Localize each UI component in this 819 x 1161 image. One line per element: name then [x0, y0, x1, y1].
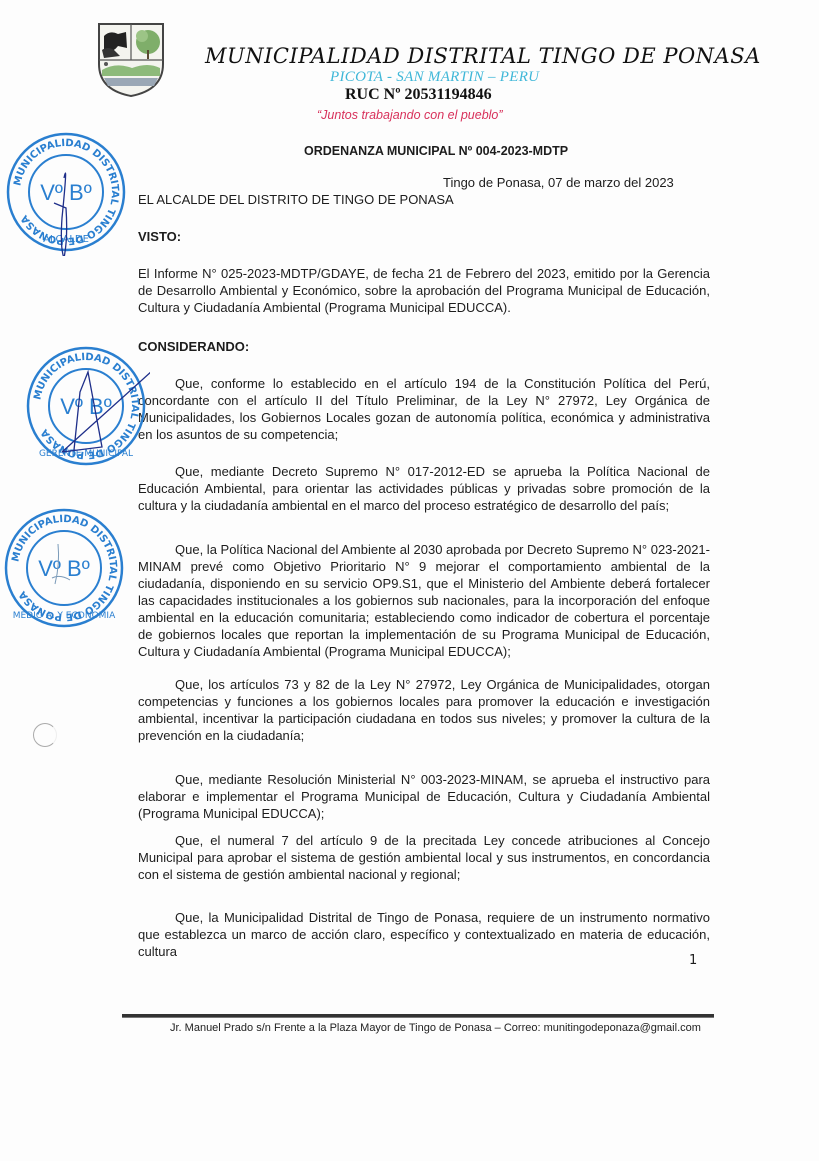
considerando-paragraph: Que, el numeral 7 del artículo 9 de la p…: [138, 832, 710, 883]
svg-text:Vº Bº: Vº Bº: [60, 394, 112, 419]
municipality-location: PICOTA - SAN MARTIN – PERU: [330, 69, 539, 86]
considerando-heading: CONSIDERANDO:: [138, 339, 249, 354]
addressee: EL ALCALDE DEL DISTRITO DE TINGO DE PONA…: [138, 192, 454, 207]
medio-ambiente-approval-stamp-icon: MUNICIPALIDAD DISTRITAL TINGO DE PONASA …: [0, 504, 128, 632]
considerando-paragraph: Que, la Política Nacional del Ambiente a…: [138, 541, 710, 660]
svg-text:GERENTE MUNICIPAL: GERENTE MUNICIPAL: [39, 449, 133, 459]
gerente-approval-stamp-icon: MUNICIPALIDAD DISTRITAL TINGO DE PONASA …: [22, 342, 150, 470]
page-number: 1: [689, 953, 697, 968]
considerando-paragraph: Que, mediante Resolución Ministerial N° …: [138, 771, 710, 822]
visto-heading: VISTO:: [138, 229, 181, 244]
visto-paragraph: El Informe N° 025-2023-MDTP/GDAYE, de fe…: [138, 265, 710, 316]
date-line: Tingo de Ponasa, 07 de marzo del 2023: [443, 175, 674, 190]
municipality-name: MUNICIPALIDAD DISTRITAL TINGO DE PONASA: [205, 44, 761, 68]
considerando-paragraph: Que, conforme lo establecido en el artíc…: [138, 375, 710, 443]
considerando-paragraph: Que, mediante Decreto Supremo N° 017-201…: [138, 463, 710, 514]
footer-divider: [122, 1014, 714, 1018]
ruc-number: RUC Nº 20531194846: [345, 86, 492, 104]
svg-text:Vº Bº: Vº Bº: [40, 180, 92, 205]
municipal-coat-of-arms-icon: [96, 20, 166, 98]
document-title: ORDENANZA MUNICIPAL Nº 004-2023-MDTP: [304, 144, 568, 158]
footer-address: Jr. Manuel Prado s/n Frente a la Plaza M…: [170, 1022, 701, 1034]
considerando-paragraph: Que, los artículos 73 y 82 de la Ley N° …: [138, 676, 710, 744]
municipality-motto: “Juntos trabajando con el pueblo”: [317, 108, 503, 122]
considerando-paragraph: Que, la Municipalidad Distrital de Tingo…: [138, 909, 710, 960]
punch-hole-mark: [33, 723, 57, 747]
alcalde-approval-stamp-icon: MUNICIPALIDAD DISTRITAL TINGO DE PONASA …: [2, 128, 130, 256]
svg-text:MEDIO A. Y ECONOMIA: MEDIO A. Y ECONOMIA: [13, 611, 116, 621]
